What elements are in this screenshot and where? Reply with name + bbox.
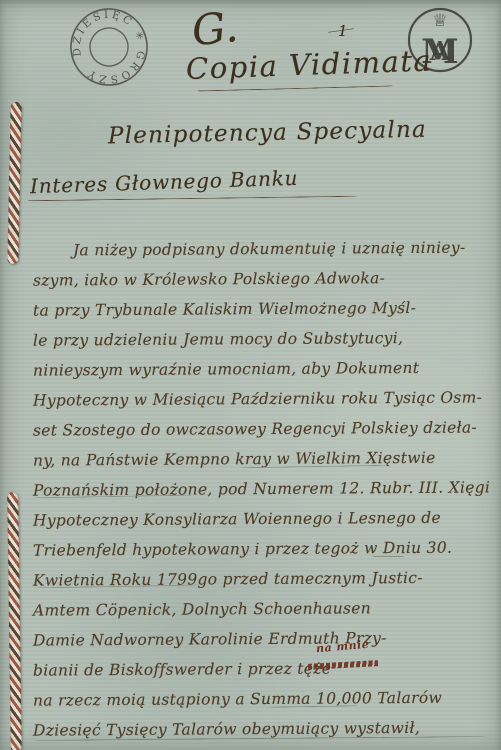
body-line: Amtem Cöpenick, Dolnych Schoenhausen <box>33 592 495 625</box>
body-line: Kwietnia Roku 1799go przed tamecznym Jus… <box>33 562 495 595</box>
body-line: Dziesięć Tysięcy Talarów obeymuiący wyst… <box>33 712 495 745</box>
document-subtitle: Plenipotencya Specyalna <box>108 117 427 150</box>
fee-stamp-ring-text: DZIESIĘC ✳ GROSZY <box>61 1 157 93</box>
body-line: le przy udzieleniu Jemu mocy do Substytu… <box>33 322 495 355</box>
document-subject: Interes Głownego Banku <box>30 166 299 198</box>
body-line: Hypoteczney Konsyliarza Woiennego i Lesn… <box>33 502 495 535</box>
body-line: na rzecz moią ustąpiony a Summa 10,000 T… <box>33 682 495 715</box>
corner-mark: G. <box>190 2 241 56</box>
fee-stamp: DZIESIĘC ✳ GROSZY <box>60 1 158 93</box>
body-line: Poznańskim położone, pod Numerem 12. Rub… <box>33 472 495 505</box>
body-line: Ja niżey podpisany dokumentuię i uznaię … <box>33 232 495 265</box>
body-line: bianii de Biskoffswerder i przez tęże <box>33 652 495 685</box>
body-line: Triebenfeld hypotekowany i przez tegoż w… <box>33 532 495 565</box>
body-line: set Szostego do owczasowey Regencyi Pols… <box>33 412 495 445</box>
svg-text:DZIESIĘC ✳ GROSZY: DZIESIĘC ✳ GROSZY <box>61 1 157 93</box>
body-paragraph: Ja niżey podpisany dokumentuię i uznaię … <box>33 234 495 744</box>
title-underline-flourish <box>198 85 393 91</box>
binding-cord-lower <box>7 492 22 750</box>
pencil-underline-30 <box>372 556 404 557</box>
page-title: Copia Vidimata <box>185 44 416 86</box>
body-line: ny, na Państwie Kempno kray w Wielkim Xi… <box>33 442 495 475</box>
body-line: ta przy Trybunale Kaliskim Wielmożnego M… <box>33 292 495 325</box>
body-line: szym, iako w Królewsko Polskiego Adwoka- <box>33 262 495 295</box>
body-line: ninieyszym wyraźnie umocniam, aby Dokume… <box>33 352 495 385</box>
crown-icon: ♕ <box>432 11 447 31</box>
monogram-letter-a: A <box>429 37 451 67</box>
binding-cord-upper <box>7 102 21 264</box>
body-line: Damie Nadworney Karolinie Erdmuth Przy- <box>33 622 495 655</box>
body-line: Hypoteczny w Miesiącu Październiku roku … <box>33 382 495 415</box>
manuscript-page: DZIESIĘC ✳ GROSZY ♕ M A G. 1 Copia Vidim… <box>0 0 501 750</box>
